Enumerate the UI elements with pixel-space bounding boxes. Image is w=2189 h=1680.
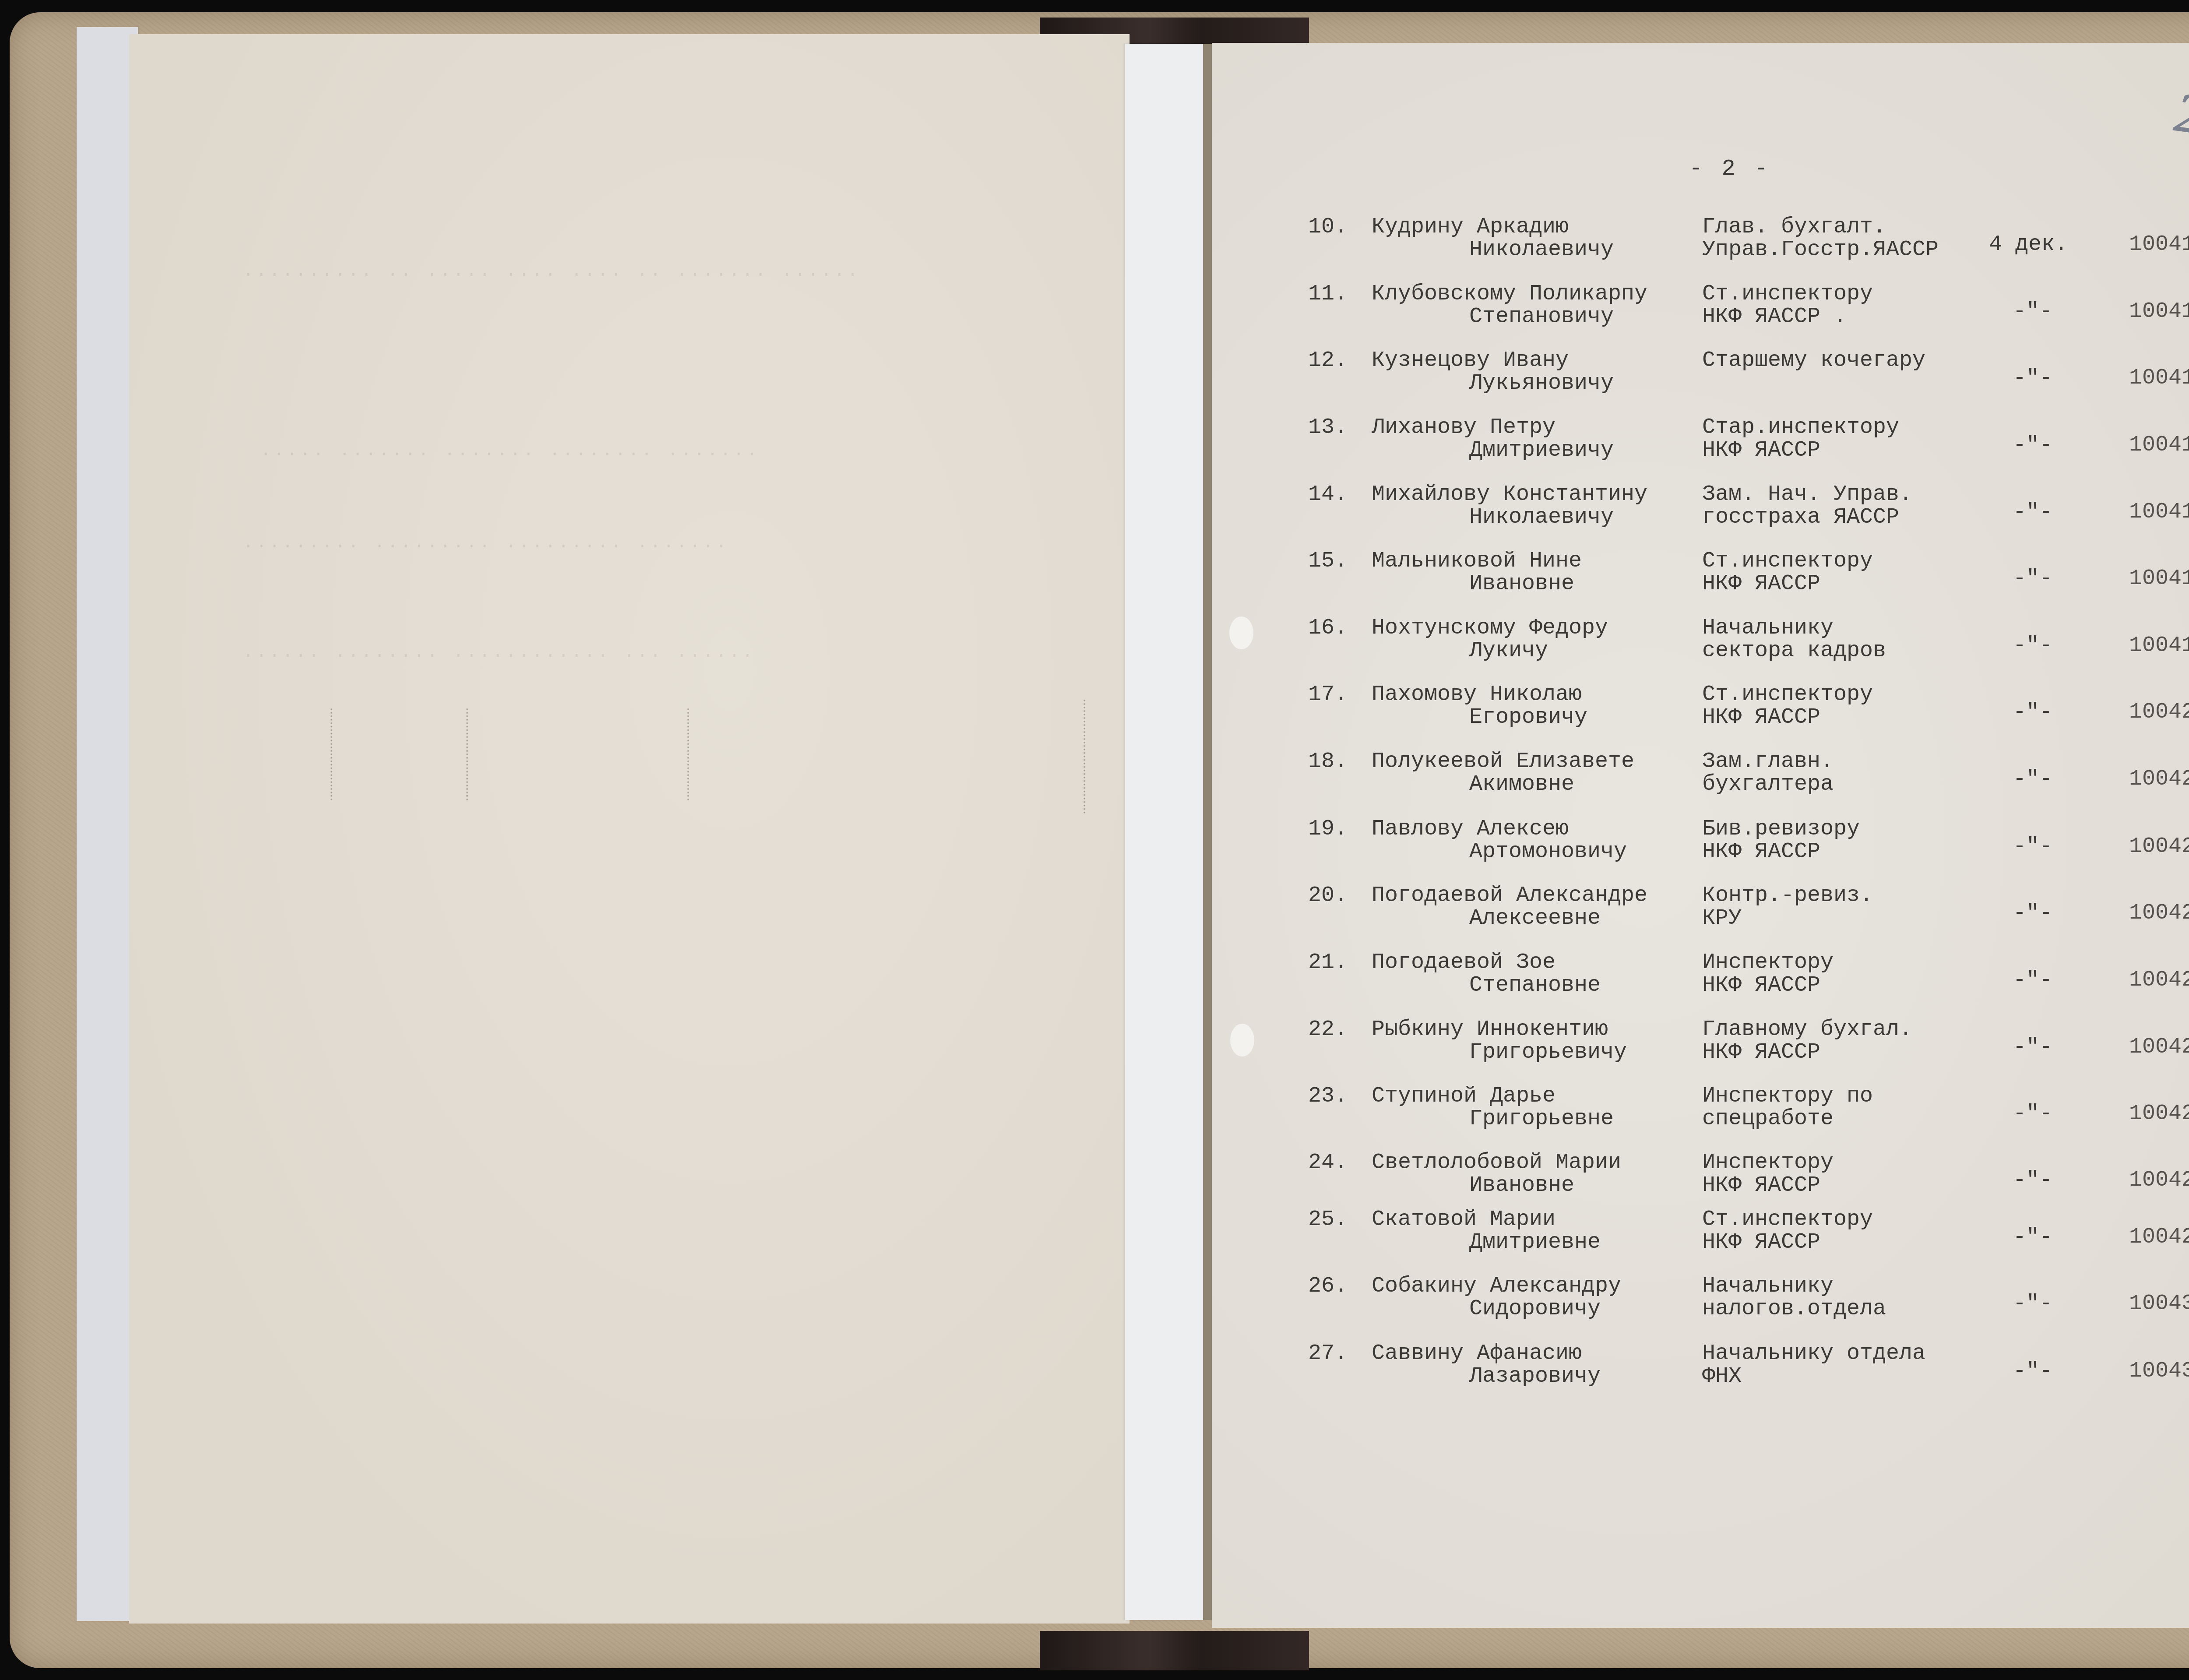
entry-position-line2: НКФ ЯАССР — [1702, 439, 1820, 462]
entry-name: Пахомову Николаю — [1372, 683, 1582, 706]
entry-rank: -"- — [2013, 1293, 2052, 1315]
list-entry: 26. Собакину Александру Сидоровичу Начал… — [1212, 1275, 2189, 1341]
entry-number: 18. — [1308, 750, 1348, 773]
entry-rank: 4 дек. — [1989, 233, 2068, 256]
entry-rank: -"- — [2013, 969, 2052, 992]
entry-position-line1: Начальнику — [1702, 1275, 1834, 1298]
entry-position-line1: Старшему кочегару — [1702, 349, 1925, 372]
entry-position-line2: КРУ — [1702, 907, 1742, 930]
entry-code: 100416 — [2129, 434, 2189, 457]
list-entry: 27. Саввину Афанасию Лазаровичу Начальни… — [1212, 1342, 2189, 1408]
entry-number: 24. — [1308, 1152, 1348, 1174]
bleed-through-text: .......... .. ..... .... .... .. .......… — [243, 262, 860, 282]
list-entry: 23. Ступиной Дарье Григорьевне Инспектор… — [1212, 1085, 2189, 1151]
entry-number: 21. — [1308, 951, 1348, 974]
list-entry: 24. Светлолобовой Марии Ивановне Инспект… — [1212, 1152, 2189, 1217]
bleed-through-rule — [1084, 700, 1087, 814]
entry-name: Скатовой Марии — [1372, 1208, 1556, 1231]
entry-patronymic: Лукьяновичу — [1469, 372, 1614, 395]
bleed-through-rule — [331, 708, 334, 800]
entry-number: 11. — [1308, 283, 1348, 306]
entry-code: 100426 — [2129, 969, 2189, 992]
binding-tape-bottom — [1040, 1631, 1309, 1670]
entry-position-line2: госстраха ЯАССР — [1702, 506, 1899, 529]
list-entry: 11. Клубовскому Поликарпу Степановичу Ст… — [1212, 283, 2189, 349]
list-entry: 22. Рыбкину Иннокентию Григорьевичу Глав… — [1212, 1018, 2189, 1084]
entry-rank: -"- — [2013, 434, 2052, 457]
entry-position-line1: Контр.-ревиз. — [1702, 884, 1873, 907]
right-page-list: 2 - 2 - 10. Кудрину Аркадию Николаевичу … — [1212, 43, 2189, 1628]
entry-position-line2: НКФ ЯАССР — [1702, 1231, 1820, 1254]
entry-name: Погодаевой Зое — [1372, 951, 1556, 974]
list-entry: 13. Лиханову Петру Дмитриевичу Стар.инсп… — [1212, 416, 2189, 482]
binding-gutter — [1203, 44, 1212, 1620]
bleed-through-text: ...... ........ ............ ... ...... — [243, 643, 755, 662]
entry-patronymic: Сидоровичу — [1469, 1298, 1601, 1321]
entry-patronymic: Дмитриевичу — [1469, 439, 1614, 462]
entry-code: 100419 — [2129, 634, 2189, 657]
entry-code: 100431 — [2129, 1360, 2189, 1383]
entry-code: 100421 — [2129, 701, 2189, 724]
entry-code: 100413 — [2129, 300, 2189, 323]
entry-number: 27. — [1308, 1342, 1348, 1365]
entry-number: 25. — [1308, 1208, 1348, 1231]
entry-rank: -"- — [2013, 902, 2052, 925]
entry-rank: -"- — [2013, 501, 2052, 524]
entry-patronymic: Николаевичу — [1469, 239, 1614, 261]
entry-number: 20. — [1308, 884, 1348, 907]
entry-number: 17. — [1308, 683, 1348, 706]
entry-number: 10. — [1308, 216, 1348, 239]
entry-position-line1: Бив.ревизору — [1702, 818, 1860, 841]
entry-name: Мальниковой Нине — [1372, 550, 1582, 573]
entry-name: Клубовскому Поликарпу — [1372, 283, 1647, 306]
entry-patronymic: Степановне — [1469, 974, 1601, 997]
entry-name: Павлову Алексею — [1372, 818, 1569, 841]
entry-patronymic: Лукичу — [1469, 640, 1548, 662]
entry-code: 100414 — [2129, 367, 2189, 390]
entry-position-line2: ФНХ — [1702, 1365, 1742, 1388]
entry-position-line1: Начальнику — [1702, 617, 1834, 640]
entry-name: Погодаевой Александре — [1372, 884, 1647, 907]
entry-patronymic: Акимовне — [1469, 773, 1574, 796]
entry-position-line2: НКФ ЯАССР — [1702, 706, 1820, 729]
list-entry: 15. Мальниковой Нине Ивановне Ст.инспект… — [1212, 550, 2189, 616]
entry-number: 16. — [1308, 617, 1348, 640]
left-page-blank: .......... .. ..... .... .... .. .......… — [129, 34, 1130, 1624]
entry-rank: -"- — [2013, 768, 2052, 791]
entry-name: Собакину Александру — [1372, 1275, 1621, 1298]
entry-patronymic: Ивановне — [1469, 573, 1574, 595]
entry-position-line1: Ст.инспектору — [1702, 1208, 1873, 1231]
entry-number: 26. — [1308, 1275, 1348, 1298]
entry-code: 100417 — [2129, 501, 2189, 524]
entry-position-line2: сектора кадров — [1702, 640, 1886, 662]
entry-name: Ступиной Дарье — [1372, 1085, 1556, 1108]
entry-rank: -"- — [2013, 367, 2052, 390]
protective-tissue-sheet — [77, 27, 138, 1621]
entry-rank: -"- — [2013, 1226, 2052, 1249]
entry-name: Лиханову Петру — [1372, 416, 1556, 439]
list-entry: 10. Кудрину Аркадию Николаевичу Глав. бу… — [1212, 216, 2189, 282]
entry-name: Нохтунскому Федору — [1372, 617, 1608, 640]
entry-position-line1: Зам.главн. — [1702, 750, 1834, 773]
entry-position-line2: налогов.отдела — [1702, 1298, 1886, 1321]
entry-code: 100425 — [2129, 1036, 2189, 1059]
entry-name: Михайлову Константину — [1372, 483, 1647, 506]
entry-position-line1: Инспектору по — [1702, 1085, 1873, 1108]
entry-position-line1: Инспектору — [1702, 951, 1834, 974]
entry-position-line2: НКФ ЯАССР — [1702, 974, 1820, 997]
entry-position-line2: НКФ ЯАССР — [1702, 1041, 1820, 1064]
entry-position-line1: Зам. Нач. Управ. — [1702, 483, 1912, 506]
entry-code: 100418 — [2129, 567, 2189, 590]
entry-name: Саввину Афанасию — [1372, 1342, 1582, 1365]
entry-patronymic: Лазаровичу — [1469, 1365, 1601, 1388]
list-entry: 25. Скатовой Марии Дмитриевне Ст.инспект… — [1212, 1208, 2189, 1274]
entry-name: Кудрину Аркадию — [1372, 216, 1569, 239]
entry-code: 100430 — [2129, 1293, 2189, 1315]
list-entry: 19. Павлову Алексею Артомоновичу Бив.рев… — [1212, 818, 2189, 884]
entry-rank: -"- — [2013, 1102, 2052, 1125]
entry-rank: -"- — [2013, 835, 2052, 858]
paper-guard-strip — [1125, 44, 1203, 1620]
entry-position-line2: спецработе — [1702, 1108, 1834, 1131]
bleed-through-text: ......... ......... ......... ....... — [243, 533, 729, 553]
entry-number: 23. — [1308, 1085, 1348, 1108]
list-entry: 17. Пахомову Николаю Егоровичу Ст.инспек… — [1212, 683, 2189, 749]
entry-position-line1: Глав. бухгалт. — [1702, 216, 1886, 239]
bleed-through-rule — [466, 708, 470, 800]
list-entry: 14. Михайлову Константину Николаевичу За… — [1212, 483, 2189, 549]
entry-number: 19. — [1308, 818, 1348, 841]
entry-patronymic: Григорьевне — [1469, 1108, 1614, 1131]
entry-patronymic: Николаевичу — [1469, 506, 1614, 529]
entry-rank: -"- — [2013, 1169, 2052, 1192]
entry-code: 100423 — [2129, 835, 2189, 858]
entry-code: 100422 — [2129, 768, 2189, 791]
bleed-through-text: ..... ....... ....... ........ ....... — [260, 441, 760, 461]
entry-patronymic: Ивановне — [1469, 1174, 1574, 1197]
entry-rank: -"- — [2013, 701, 2052, 724]
entry-patronymic: Дмитриевне — [1469, 1231, 1601, 1254]
entry-rank: -"- — [2013, 1036, 2052, 1059]
entry-position-line1: Ст.инспектору — [1702, 683, 1873, 706]
entry-patronymic: Артомоновичу — [1469, 841, 1627, 863]
entry-number: 15. — [1308, 550, 1348, 573]
entry-code: 100428 — [2129, 1169, 2189, 1192]
bleed-through-rule — [687, 708, 691, 800]
entry-position-line1: Стар.инспектору — [1702, 416, 1899, 439]
entry-code: 100412 — [2129, 233, 2189, 256]
entry-position-line2: НКФ ЯАССР — [1702, 841, 1820, 863]
entry-rank: -"- — [2013, 567, 2052, 590]
entry-patronymic: Егоровичу — [1469, 706, 1587, 729]
typed-page-number: - 2 - — [1689, 156, 1770, 182]
entry-code: 100424 — [2129, 902, 2189, 925]
entry-position-line2: НКФ ЯАССР . — [1702, 306, 1847, 328]
entry-number: 12. — [1308, 349, 1348, 372]
entry-rank: -"- — [2013, 634, 2052, 657]
list-entry: 12. Кузнецову Ивану Лукьяновичу Старшему… — [1212, 349, 2189, 415]
entry-position-line1: Главному бухгал. — [1702, 1018, 1912, 1041]
entry-number: 14. — [1308, 483, 1348, 506]
entry-name: Рыбкину Иннокентию — [1372, 1018, 1608, 1041]
list-entry: 18. Полукеевой Елизавете Акимовне Зам.гл… — [1212, 750, 2189, 816]
list-entry: 16. Нохтунскому Федору Лукичу Начальнику… — [1212, 617, 2189, 683]
handwritten-page-number: 2 — [2171, 82, 2189, 147]
entry-position-line1: Ст.инспектору — [1702, 550, 1873, 573]
entry-patronymic: Григорьевичу — [1469, 1041, 1627, 1064]
entry-position-line2: бухгалтера — [1702, 773, 1834, 796]
entry-position-line2: НКФ ЯАССР — [1702, 573, 1820, 595]
entry-code: 100427 — [2129, 1102, 2189, 1125]
list-entry: 20. Погодаевой Александре Алексеевне Кон… — [1212, 884, 2189, 950]
entry-name: Светлолобовой Марии — [1372, 1152, 1621, 1174]
entry-name: Кузнецову Ивану — [1372, 349, 1569, 372]
entry-patronymic: Степановичу — [1469, 306, 1614, 328]
entry-position-line2: Управ.Госстр.ЯАССР — [1702, 239, 1939, 261]
entry-position-line2: НКФ ЯАССР — [1702, 1174, 1820, 1197]
list-entry: 21. Погодаевой Зое Степановне Инспектору… — [1212, 951, 2189, 1017]
entry-number: 13. — [1308, 416, 1348, 439]
entry-position-line1: Начальнику отдела — [1702, 1342, 1925, 1365]
entry-number: 22. — [1308, 1018, 1348, 1041]
entry-rank: -"- — [2013, 300, 2052, 323]
entry-patronymic: Алексеевне — [1469, 907, 1601, 930]
entry-rank: -"- — [2013, 1360, 2052, 1383]
entry-code: 100429 — [2129, 1226, 2189, 1249]
entry-position-line1: Инспектору — [1702, 1152, 1834, 1174]
entry-name: Полукеевой Елизавете — [1372, 750, 1634, 773]
entry-position-line1: Ст.инспектору — [1702, 283, 1873, 306]
